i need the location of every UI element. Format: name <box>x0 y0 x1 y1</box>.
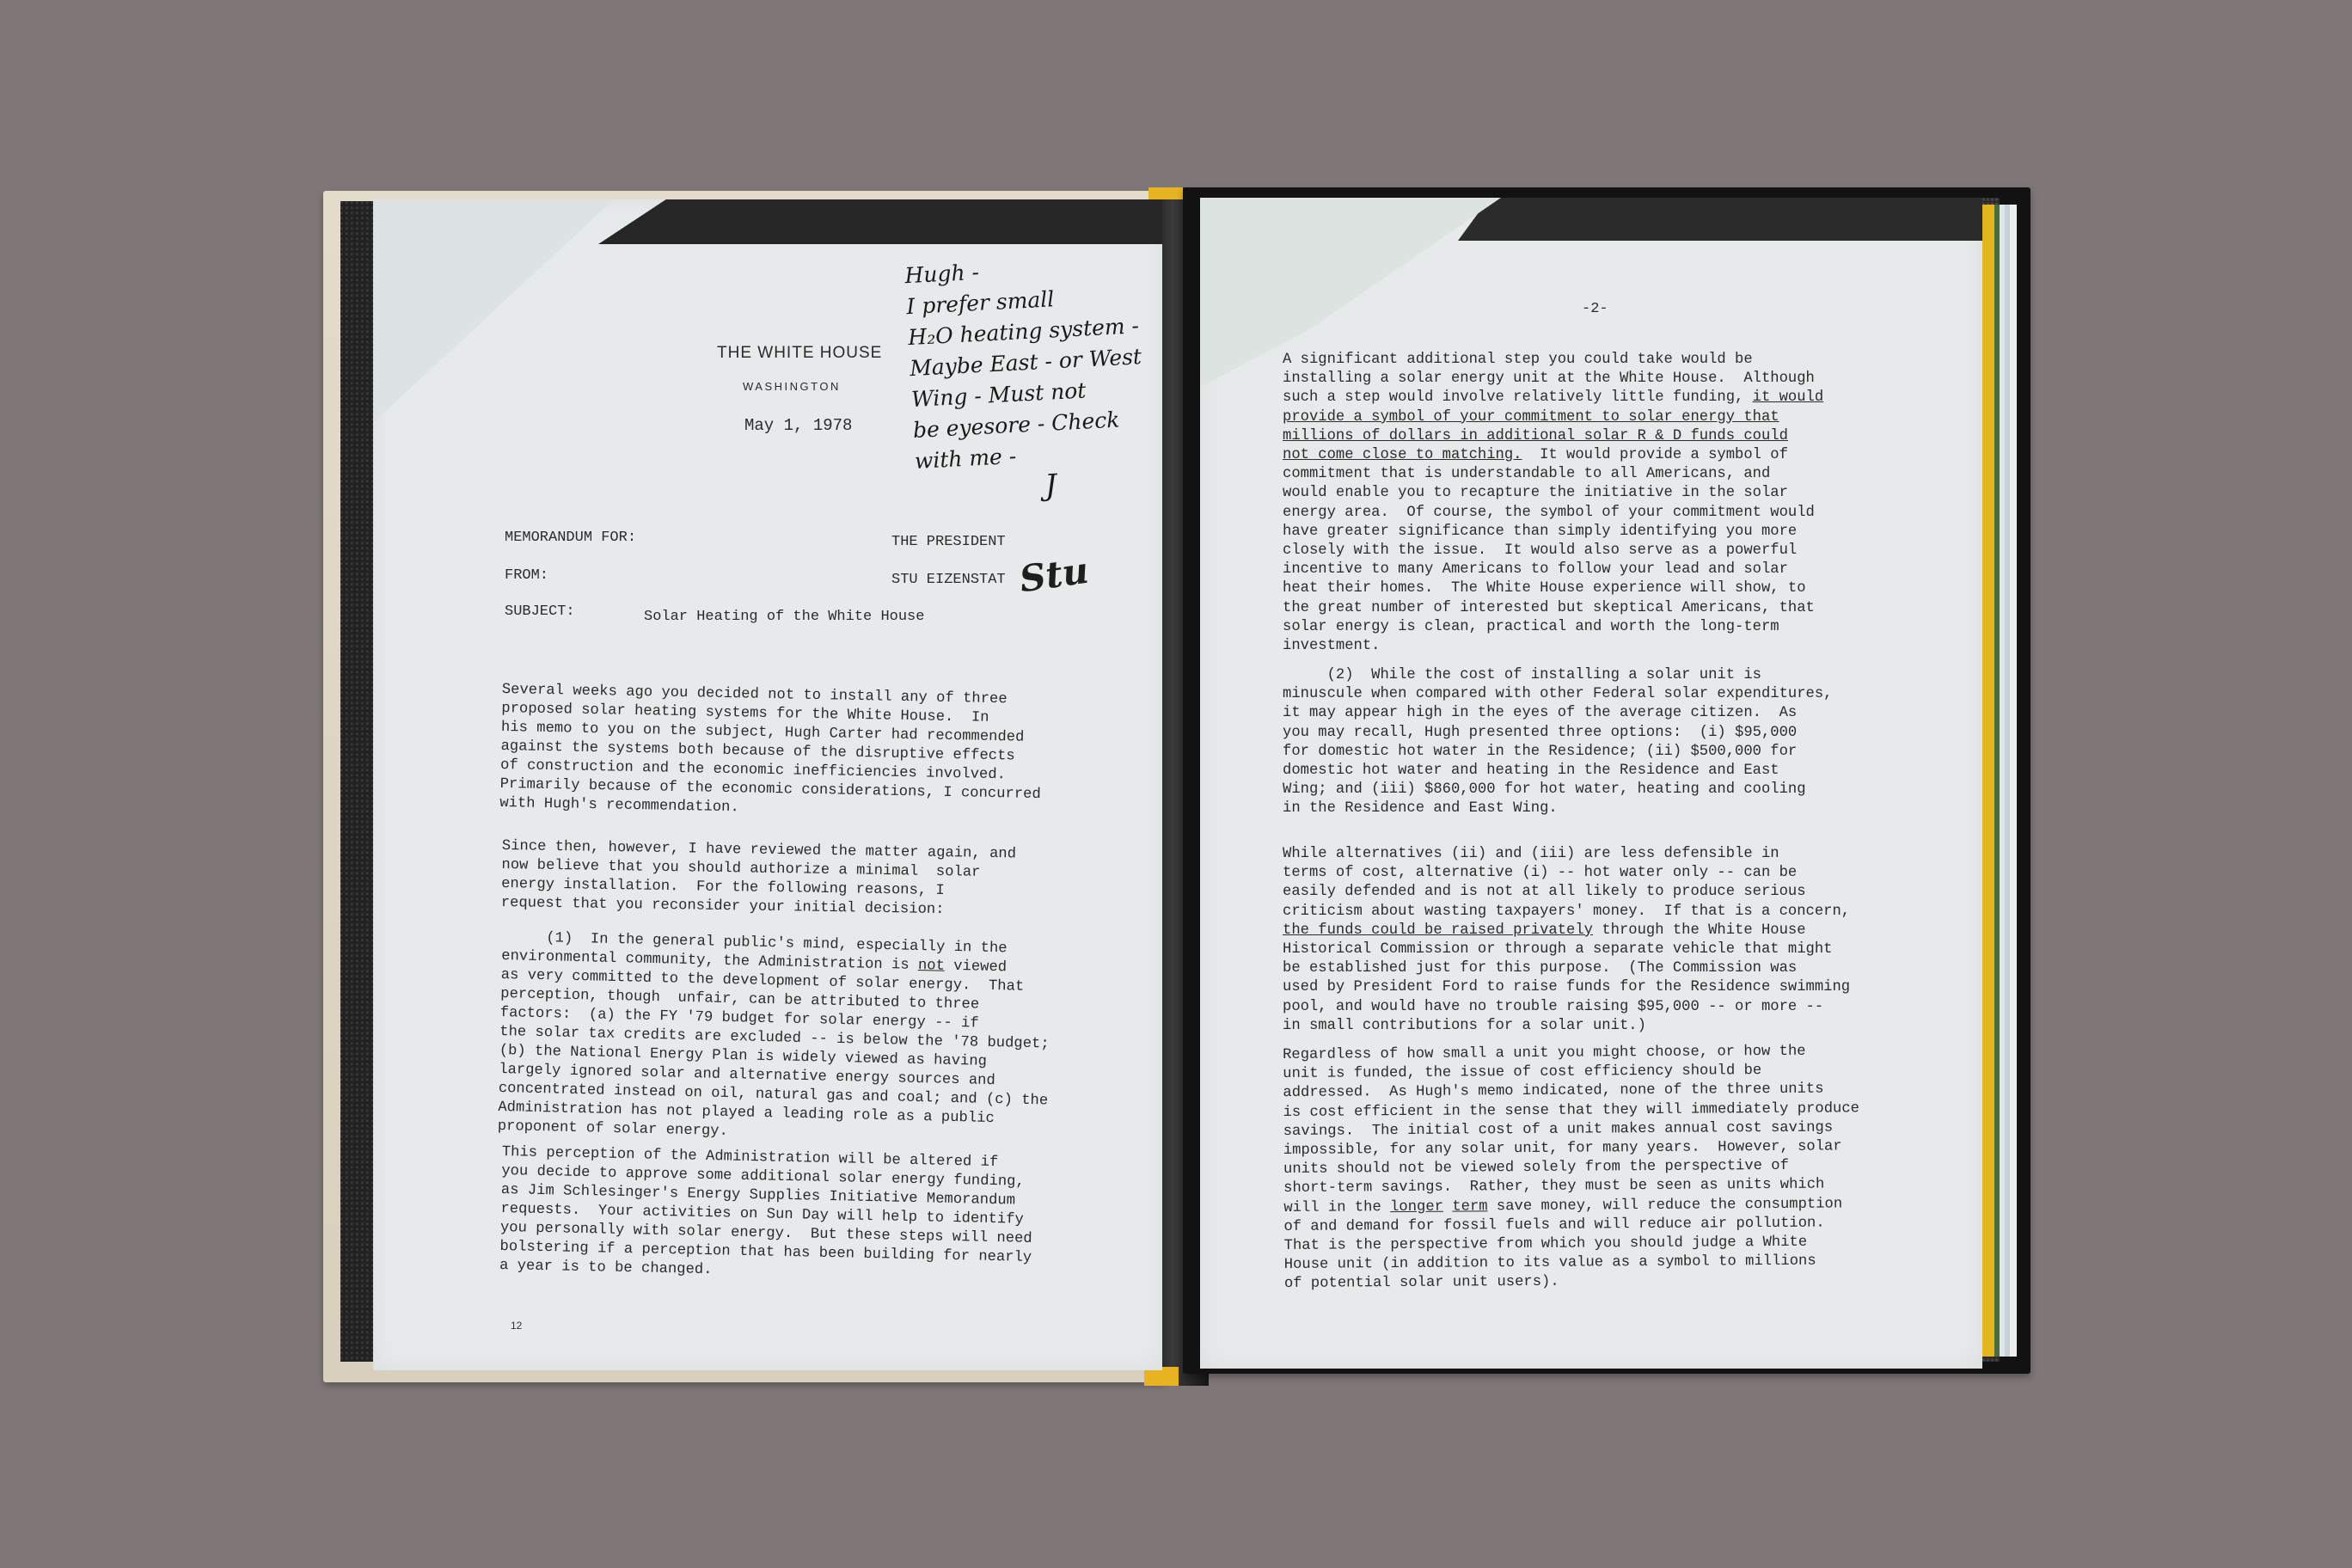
paragraph-intro: Several weeks ago you decided not to ins… <box>499 681 1043 824</box>
underlined-text: not <box>918 958 945 975</box>
memo-from-label: FROM: <box>505 567 548 584</box>
memo-for-value: THE PRESIDENT <box>891 534 1006 550</box>
letterhead-title: THE WHITE HOUSE <box>717 344 882 363</box>
memo-subject-value: Solar Heating of the White House <box>644 609 924 625</box>
memo-for-label: MEMORANDUM FOR: <box>505 530 636 546</box>
page-number: 12 <box>511 1320 522 1332</box>
text-run: A significant additional step you could … <box>1283 352 1815 406</box>
underlined-text: the funds could be raised privately <box>1283 922 1593 939</box>
text-run: through the White House Historical Commi… <box>1283 922 1850 1034</box>
text-run: viewed as very committed to the developm… <box>498 959 1050 1140</box>
text-run <box>1443 1198 1452 1215</box>
signature: Stu <box>1017 549 1091 601</box>
memo-from-value: STU EIZENSTAT <box>891 572 1006 588</box>
page-marker: -2- <box>1582 301 1608 317</box>
letterhead-city: WASHINGTON <box>743 380 841 393</box>
paragraph-alternatives: While alternatives (ii) and (iii) are le… <box>1283 845 1850 1036</box>
open-book: THE WHITE HOUSE WASHINGTON May 1, 1978 H… <box>323 187 2034 1382</box>
memo-subject-label: SUBJECT: <box>505 603 575 620</box>
handwritten-note: Hugh - I prefer small H₂O heating system… <box>904 247 1184 508</box>
paragraph-point-2: (2) While the cost of installing a solar… <box>1283 666 1832 819</box>
paragraph-reconsider: Since then, however, I have reviewed the… <box>501 837 1017 921</box>
memo-date: May 1, 1978 <box>744 416 852 435</box>
text-run: It would provide a symbol of commitment … <box>1283 447 1815 654</box>
underlined-text: longer <box>1390 1198 1443 1215</box>
paragraph-symbol: A significant additional step you could … <box>1283 351 1823 656</box>
text-run: While alternatives (ii) and (iii) are le… <box>1283 846 1850 920</box>
paragraph-cost-efficiency: Regardless of how small a unit you might… <box>1283 1042 1860 1294</box>
left-folded-corner <box>373 199 614 423</box>
paragraph-point-1: (1) In the general public's mind, especi… <box>498 928 1052 1148</box>
spine-cap-top <box>1148 187 1183 199</box>
paragraph-perception: This perception of the Administration wi… <box>499 1143 1034 1287</box>
right-page: -2- A significant additional step you co… <box>1200 198 1982 1369</box>
underlined-text: term <box>1452 1198 1487 1215</box>
left-page-gap <box>598 199 1162 244</box>
right-page-gap <box>1458 198 1982 241</box>
text-run: Regardless of how small a unit you might… <box>1283 1044 1859 1216</box>
